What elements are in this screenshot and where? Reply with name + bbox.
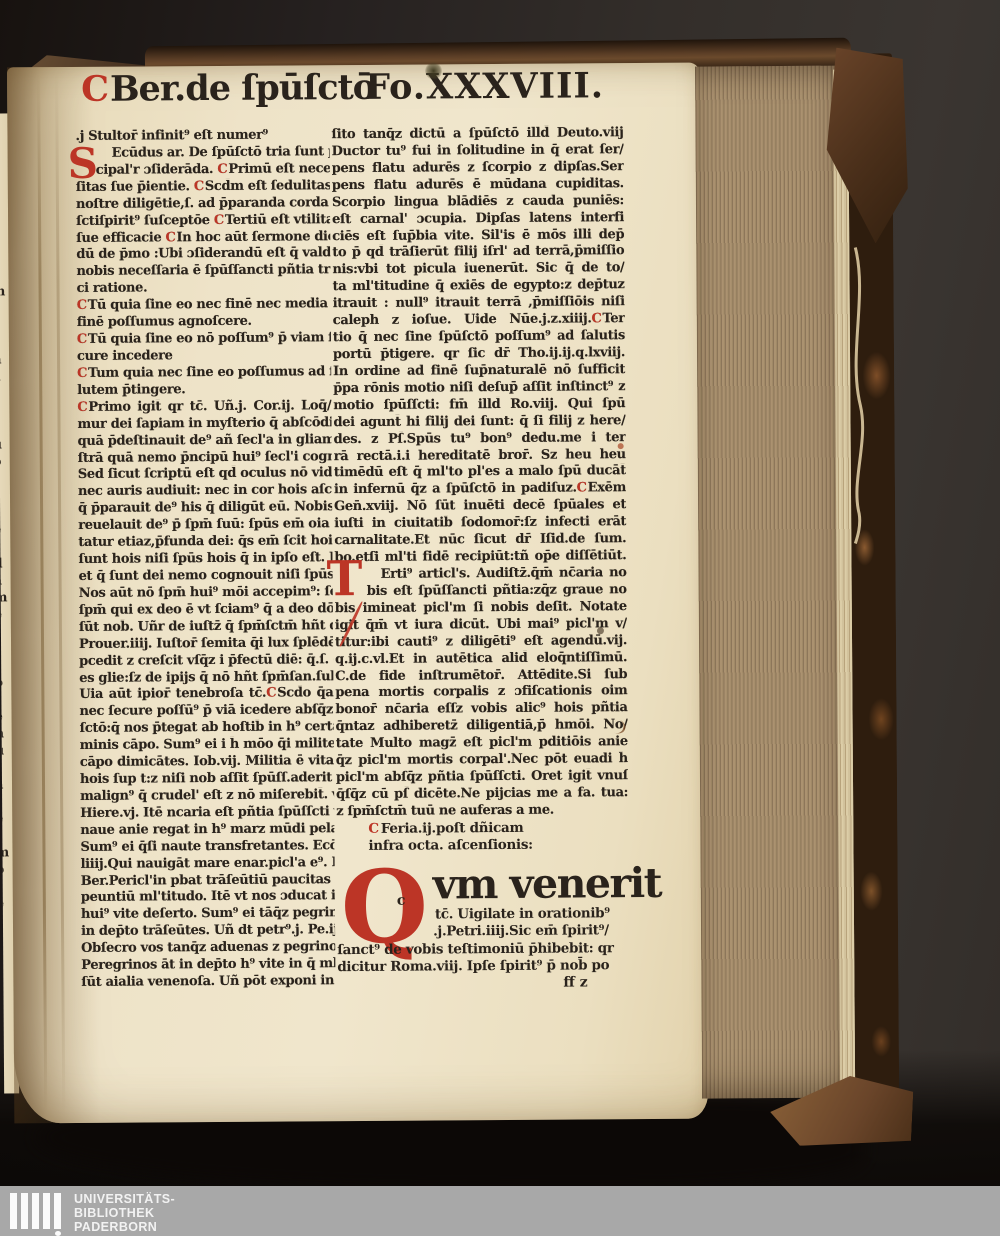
incipit-line: dicitur Roma.viij. Ipſe ſpirit⁹ p̄ nob̄ … xyxy=(337,957,609,975)
ink-stain xyxy=(618,443,624,449)
text-line: q̄ſq̄z cū pſ̄ dicēte.Ne pijcias me a fa.… xyxy=(336,785,628,804)
text-line: Gen̄.xviij. Nō ſūt inuēti decē ſpūales e… xyxy=(334,497,626,516)
text-fragment: i xyxy=(0,334,7,351)
text-line: Sed ſicut ſcriptū eſt qd̄ oculus nō vidi… xyxy=(78,466,332,485)
text-line: lutem p̄tingere. xyxy=(77,381,331,400)
text-line: ciēs eſt ſup̄bia vite. Sil'is ē mōs illi… xyxy=(332,227,624,246)
text-fragment: m xyxy=(0,844,11,861)
text-line: nis:vbi tot picula iuenerūt. Sic q̄ de t… xyxy=(332,261,624,280)
text-line: Obſecro vos tanq̄z aduenas z pegrinos. xyxy=(81,939,335,958)
incipit-line: tc̄. Uigilate in orationib⁹ xyxy=(435,905,610,922)
text-line: in dep̄to trāſeūtes. Uñ dt petr⁹.j. Pe.i… xyxy=(81,922,335,941)
text-line: noſtre diligētie,ſ. ad p̄paranda corda p… xyxy=(76,195,330,214)
text-fragment: m xyxy=(0,283,7,300)
text-line: bis eſt ſpūſſancti pñtia:zq̄z graue no xyxy=(335,582,627,601)
digitized-book-photo: ſiatedzſrometinaseruoitſezdamerisotenuſa… xyxy=(0,0,1000,1236)
text-fragment: a xyxy=(0,572,9,589)
text-line: Hiere.vj. Itē ncaria eſt pñtia ſpūſſcti … xyxy=(80,804,334,823)
text-line: rā rectā.i.i hereditatē bror̄. Sz heu he… xyxy=(334,447,626,466)
text-line: bis imineat picl'm ſi nobis deſit. Notat… xyxy=(335,599,627,618)
quire-signature: ff z xyxy=(563,974,587,990)
text-line: CTū quia ſine eo nō poſſum⁹ p̄ viam ſe/ xyxy=(77,330,331,349)
text-fragment: a xyxy=(0,147,6,164)
text-line: reuelauit de⁹ p̄ ſpm̄ ſuū: ſpūs em̄ oia … xyxy=(78,516,332,535)
rubric-line-1: CFeria.ij.poſt dñicam xyxy=(368,820,523,837)
text-line: ſūt nob̄. Uñr de iuſtz̄ q̄ ſpm̄ſctm̄ hñt… xyxy=(79,618,333,637)
text-line: Scorpio lingua blādiēs z cauda puniēs: xyxy=(332,193,624,212)
logo-bar xyxy=(10,1193,17,1229)
column-left: .j Stultor̄ infinit⁹ eſt numer⁹Ecūdus ar… xyxy=(75,127,335,992)
text-line: ſctō:q̄ nos p̄tegat ab hoſtib̄ in h⁹ cer… xyxy=(80,719,334,738)
text-fragment: o xyxy=(0,453,8,470)
text-fragment: r xyxy=(0,878,11,895)
text-line: ta ml'titudine q̄ exiēs de egypto:z dep̄… xyxy=(332,277,624,296)
rubric-capitulum-icon: C xyxy=(77,332,88,347)
library-name-line: PADERBORN xyxy=(74,1220,175,1234)
text-line: q̄ p̄parauit de⁹ his q̄ diligūt eū. Nobi… xyxy=(78,499,332,518)
text-fragment: e xyxy=(0,521,8,538)
bookmark-ribbon xyxy=(841,245,877,545)
text-line: Ecūdus ar. De ſpūſctō tria ſunt p̄n xyxy=(76,144,330,163)
text-fragment: z xyxy=(0,827,10,844)
text-line: pena mortis corpalis z ɔfiſcationis oim xyxy=(335,684,627,703)
text-fragment: e xyxy=(0,300,7,317)
text-fragment: d xyxy=(0,555,9,572)
text-line: ſunt hois niſi ſpūs hois q̄ in ipſo eſt.… xyxy=(78,550,332,569)
incipit-line: .j.Petri.iiij.Sic em̄ ſpirit⁹/ xyxy=(433,922,609,939)
text-line: mur dei ſapiam in myſterio q̄ abſcōdita … xyxy=(77,415,331,434)
logo-bar xyxy=(43,1193,50,1229)
text-line: q̄ntaz adhiberetz̄ diligentiā,p̄ hmōi. N… xyxy=(336,717,628,736)
running-title-text: Ber.de ſpūſctō xyxy=(110,67,375,110)
folio-number: Fo.XXXVIII. xyxy=(365,65,604,108)
text-line: hui⁹ vite deſerto. Sum⁹ ei tāq̄z pegrini xyxy=(81,906,335,925)
text-fragment: o xyxy=(0,861,11,878)
rubric-capitulum-icon: C xyxy=(266,686,277,701)
text-fragment: s xyxy=(0,657,9,674)
rubric-capitulum-icon: C xyxy=(77,298,88,313)
library-footer-bar: UNIVERSITÄTS- BIBLIOTHEK PADERBORN xyxy=(0,1186,1000,1236)
lombard-initial-s: S xyxy=(68,143,99,185)
text-fragment: ſ xyxy=(0,759,10,776)
text-fragment: u xyxy=(0,436,8,453)
text-fragment: e xyxy=(0,181,6,198)
text-line: es glie:ſz de ipijs q̄ nō hñt ſpm̄ſan.ſu… xyxy=(79,669,333,688)
text-line: pens flatu adurēs ē mūdana cupiditas. xyxy=(332,176,624,195)
rubric-capitulum-icon: C xyxy=(194,179,205,194)
text-line: eſt carnal' ɔcupia. Dipſas latens interf… xyxy=(332,210,624,229)
text-line: C.de fide inſtrumētor̄. Attēdite.Si ſub xyxy=(335,667,627,686)
text-fragment: e xyxy=(0,402,7,419)
open-book: ſiatedzſrometinaseruoitſezdamerisotenuſa… xyxy=(0,0,1000,1236)
text-line: cure incedere xyxy=(77,347,331,366)
text-line: Prouer.iiij. Iuſtor̄ ſemita q̄i lux ſplē… xyxy=(79,635,333,654)
text-fragment: u xyxy=(0,742,10,759)
text-fragment: ſ xyxy=(0,232,6,249)
text-line: ſūt aialia venenoſa. Uñ pōt exponi in p̄… xyxy=(81,973,335,992)
text-fragment: m xyxy=(0,589,9,606)
text-line: naue anie regat in h⁹ marz mūdi pelago. xyxy=(80,821,334,840)
text-fragment: t xyxy=(0,691,9,708)
text-line: tate Multo magz̄ eſt picl'm pditiōis ani… xyxy=(336,734,628,753)
text-line: ſue efficacie CIn hoc aūt ſermone dicen/ xyxy=(76,229,330,248)
text-fragment: e xyxy=(0,606,9,623)
incipit-line: ſanct⁹ de vobis teſtimoniū p̄hibebit: qr xyxy=(337,940,614,958)
text-line: tatur etiaz,p̄funda dei: q̄s em̄ ſcit ho… xyxy=(78,533,332,552)
rubric-capitulum-icon: C xyxy=(214,213,225,228)
text-fragment: n xyxy=(0,725,10,742)
logo-bar xyxy=(32,1193,39,1229)
text-fragment: i xyxy=(0,470,8,487)
text-line: titur:ibi cauti⁹ z diligēti⁹ eſt agendū.… xyxy=(335,633,627,652)
text-line: ſitas ſue p̄ientie. CScd̄m eſt ſedulitas xyxy=(76,178,330,197)
text-line: minis cāpo. Sum⁹ ei i h̄ mōo q̄i milites… xyxy=(80,736,334,755)
text-line: timēdū eſt q̄ ml'to pl'es a malo ſpū duc… xyxy=(334,464,626,483)
lombard-initial-t: T xyxy=(326,555,362,603)
text-line: dū de p̄mo :Ubi ɔſiderandū eſt q̄ valde xyxy=(76,246,330,265)
text-fragment: i xyxy=(0,130,6,147)
text-line: bo.etſi ml'ti fidē recipiūt:tñ op̄e diſſ… xyxy=(334,548,626,567)
text-line: ſito tanq̄z dictū a ſpūſctō illd̄ Deuto.… xyxy=(331,125,623,144)
rubric-capitulum-icon: C xyxy=(165,230,176,245)
text-line: Sum⁹ ei q̄ſi naute transfretantes. Ecc̄i xyxy=(80,838,334,857)
text-line: peuntiū ml'titudo. Itē vt nos ɔducat in xyxy=(81,889,335,908)
text-line: carnalitate.Et nūc ſicut dr̄ Iſid̄.de ſu… xyxy=(334,531,626,550)
text-line: liiij.Qui nauigāt mare enar.picl'a e⁹. E… xyxy=(81,855,335,874)
text-line: finē poſſumus agnoſcere. xyxy=(77,313,331,332)
text-fragment: z xyxy=(0,215,6,232)
rubric-capitulum-icon: C xyxy=(77,366,88,381)
text-line: .j Stultor̄ infinit⁹ eſt numer⁹ xyxy=(75,127,329,146)
text-line: motio ſpūſſcti: fm̄ illd̄ Ro.viij. Qui ſ… xyxy=(333,396,625,415)
text-line: Nos aūt nō ſpm̄ hui⁹ mōi accepim⁹: ſed xyxy=(79,584,333,603)
guide-letter: c xyxy=(397,893,406,909)
text-line: In ordine ad finē ſup̄naturalē nō ſuffic… xyxy=(333,362,625,381)
text-line: ſpm̄ qui ex deo ē vt ſciam⁹ q̄ a deo dōa… xyxy=(79,601,333,620)
text-fragment: s xyxy=(0,385,7,402)
text-line: caleph z ioſue. Uide Nūe.j.z.xiiij.CTer xyxy=(333,311,625,330)
text-line: Peregrinos āt in dep̄to h⁹ vite in q̄ ml… xyxy=(81,956,335,975)
text-line: quā p̄deſtinauit de⁹ añ ſecl'a in gliam … xyxy=(78,432,332,451)
text-fragment: e xyxy=(0,895,11,912)
text-line: pens flatu adurēs z ſcorpio z dipſas.Ser xyxy=(332,159,624,178)
text-fragment: r xyxy=(0,419,8,436)
rubric-line-2: infra octa. aſcenſionis: xyxy=(368,837,532,854)
ink-stain xyxy=(597,627,604,634)
text-fragment: s xyxy=(0,929,11,946)
text-fragment: t xyxy=(0,164,6,181)
text-line: nobis neceſſaria ē ſpūſſancti pñtia trip… xyxy=(76,263,330,282)
rubric-capitulum-icon: C xyxy=(591,311,602,326)
text-fragment: z xyxy=(0,538,8,555)
text-line: pcedit z creſcit vſq̄z i p̄fectū diē: q̄… xyxy=(79,652,333,671)
text-line: hois ſup t̄:z niſi nob̄ aſſit ſpūſſ.ader… xyxy=(80,770,334,789)
rubric-capitulum-icon: C xyxy=(77,400,88,415)
text-line: nec ſecure poſſū⁹ p̄ viā icedere abſq̄z … xyxy=(79,703,333,722)
library-name: UNIVERSITÄTS- BIBLIOTHEK PADERBORN xyxy=(74,1192,175,1235)
text-line: malign⁹ q̄ crudel' eſt z nō miſerebit̄. … xyxy=(80,787,334,806)
text-fragment: ſ xyxy=(0,504,8,521)
logo-bar xyxy=(21,1193,28,1229)
text-line: dei agunt̄ hi filij dei ſunt: q̄ ſi fili… xyxy=(333,413,625,432)
text-line: z ſpm̄ſctm̄ tuū ne auferas a me. xyxy=(336,802,628,821)
text-fragment: ſ xyxy=(0,113,5,130)
logo-dot xyxy=(55,1231,61,1236)
rubric-capitulum-icon: C xyxy=(81,69,108,110)
text-fragment: e xyxy=(0,810,10,827)
text-line: picl'm abſq̄z pñtia ſpūſſcti. Oret igit̄… xyxy=(336,768,628,787)
text-line: CTum quia nec ſine eo poſſumus ad ſa/ xyxy=(77,364,331,383)
incipit-heading: vm venerit xyxy=(433,859,662,909)
column-right: ſito tanq̄z dictū a ſpūſctō illd̄ Deuto.… xyxy=(331,125,628,821)
library-name-line: BIBLIOTHEK xyxy=(74,1206,175,1220)
text-fragment: t xyxy=(0,317,7,334)
text-fragment: r xyxy=(0,249,6,266)
text-line: ci ratione. xyxy=(77,279,331,298)
logo-bar xyxy=(54,1193,61,1229)
text-line: portū p̄tigere. qr ſic dr̄ Tho.ij.ij.q.l… xyxy=(333,345,625,364)
library-name-line: UNIVERSITÄTS- xyxy=(74,1192,175,1206)
rubric-capitulum-icon: C xyxy=(368,821,379,837)
text-line: Ductor tu⁹ fui in ſolitudine in q̄ erat … xyxy=(332,142,624,161)
text-fragment: r xyxy=(0,623,9,640)
text-line: in infernū q̄z a ſpūſctō in padiſuz.CExē… xyxy=(334,480,626,499)
text-line: iuſti in ciuitatib̄ ſodomor̄:ſz infecti … xyxy=(334,514,626,533)
ub-paderborn-logo-icon xyxy=(10,1193,70,1236)
text-line: CPrimo igit̄ qr tc̄. Uñ.j. Cor.ij. Loq̄/ xyxy=(77,398,331,417)
text-line: nec auris audiuit: nec in cor hois aſcen… xyxy=(78,483,332,502)
ink-stain xyxy=(425,62,442,79)
text-line: to p̄ qd̄ trāſierūt filij iſrl' ad terrā… xyxy=(332,244,624,263)
running-title: CBer.de ſpūſctō xyxy=(81,67,375,110)
text-line: q.ij.c.vl.Et in autētica alid̄ eloq̄ntiſ… xyxy=(335,650,627,669)
text-line: p̄pa rōnis motio niſi deſup̄ aſſit inſti… xyxy=(333,379,625,398)
text-fragment: t xyxy=(0,912,11,929)
rubric-text: Feria.ij.poſt dñicam xyxy=(381,820,524,837)
text-line: igit̄ q̄m̄ vt iura dicūt. Ubi mai⁹ picl'… xyxy=(335,616,627,635)
text-fragment: a xyxy=(0,368,7,385)
text-line: q̄z picl'm mortis corpal'.Nec pōt euadi … xyxy=(336,751,628,770)
text-fragment: e xyxy=(0,708,10,725)
text-fragment: o xyxy=(0,674,9,691)
text-fragment: d xyxy=(0,198,6,215)
rubric-capitulum-icon: C xyxy=(217,162,228,177)
text-line: cipal'r ɔſiderāda. CPrimū eſt neceſ xyxy=(76,161,330,180)
text-line: ſctiſpirit⁹ ſuſceptōe CTertiū eſt vtilit… xyxy=(76,212,330,231)
text-line: tio q̄ nec ſine ſpūſctō poſſum⁹ ad ſalut… xyxy=(333,328,625,347)
text-line: itrauit : null⁹ itrauit terrā ,p̄miſſiōi… xyxy=(333,294,625,313)
text-line: ſtrā quā nemo p̄ncipū hui⁹ ſecl'i cognou… xyxy=(78,449,332,468)
text-line: et q̄ ſunt dei nemo cognouit niſi ſpūs d… xyxy=(79,567,333,586)
text-fragment: i xyxy=(0,640,9,657)
text-fragment: n xyxy=(0,351,7,368)
text-fragment: o xyxy=(0,266,7,283)
text-line: des. z Pſ̄.Spūs tu⁹ bon⁹ dedu.me i ter xyxy=(334,430,626,449)
text-line: Erti⁹ articl's. Audiſtz̄.q̄m̄ nc̄aria no xyxy=(335,565,627,584)
text-line: cāpo dimicātes. Iob.vij. Militia ē vita xyxy=(80,753,334,772)
text-fragment: i xyxy=(0,793,10,810)
fore-edge-pages xyxy=(695,66,842,1099)
rubric-capitulum-icon: C xyxy=(577,481,588,496)
text-line: Ber.Pericl'in pbat trāſeūtiū paucitas z xyxy=(81,872,335,891)
text-line: CTū quia ſine eo nec finē nec media in xyxy=(77,296,331,315)
text-line: bonor̄ nc̄aria eſſz vobis alic⁹ hois pñt… xyxy=(335,700,627,719)
text-fragment: t xyxy=(0,487,8,504)
text-line: Uia aūt ipior̄ tenebroſa tc̄.CScd̄o q̄a xyxy=(79,686,333,705)
text-fragment: a xyxy=(0,776,10,793)
